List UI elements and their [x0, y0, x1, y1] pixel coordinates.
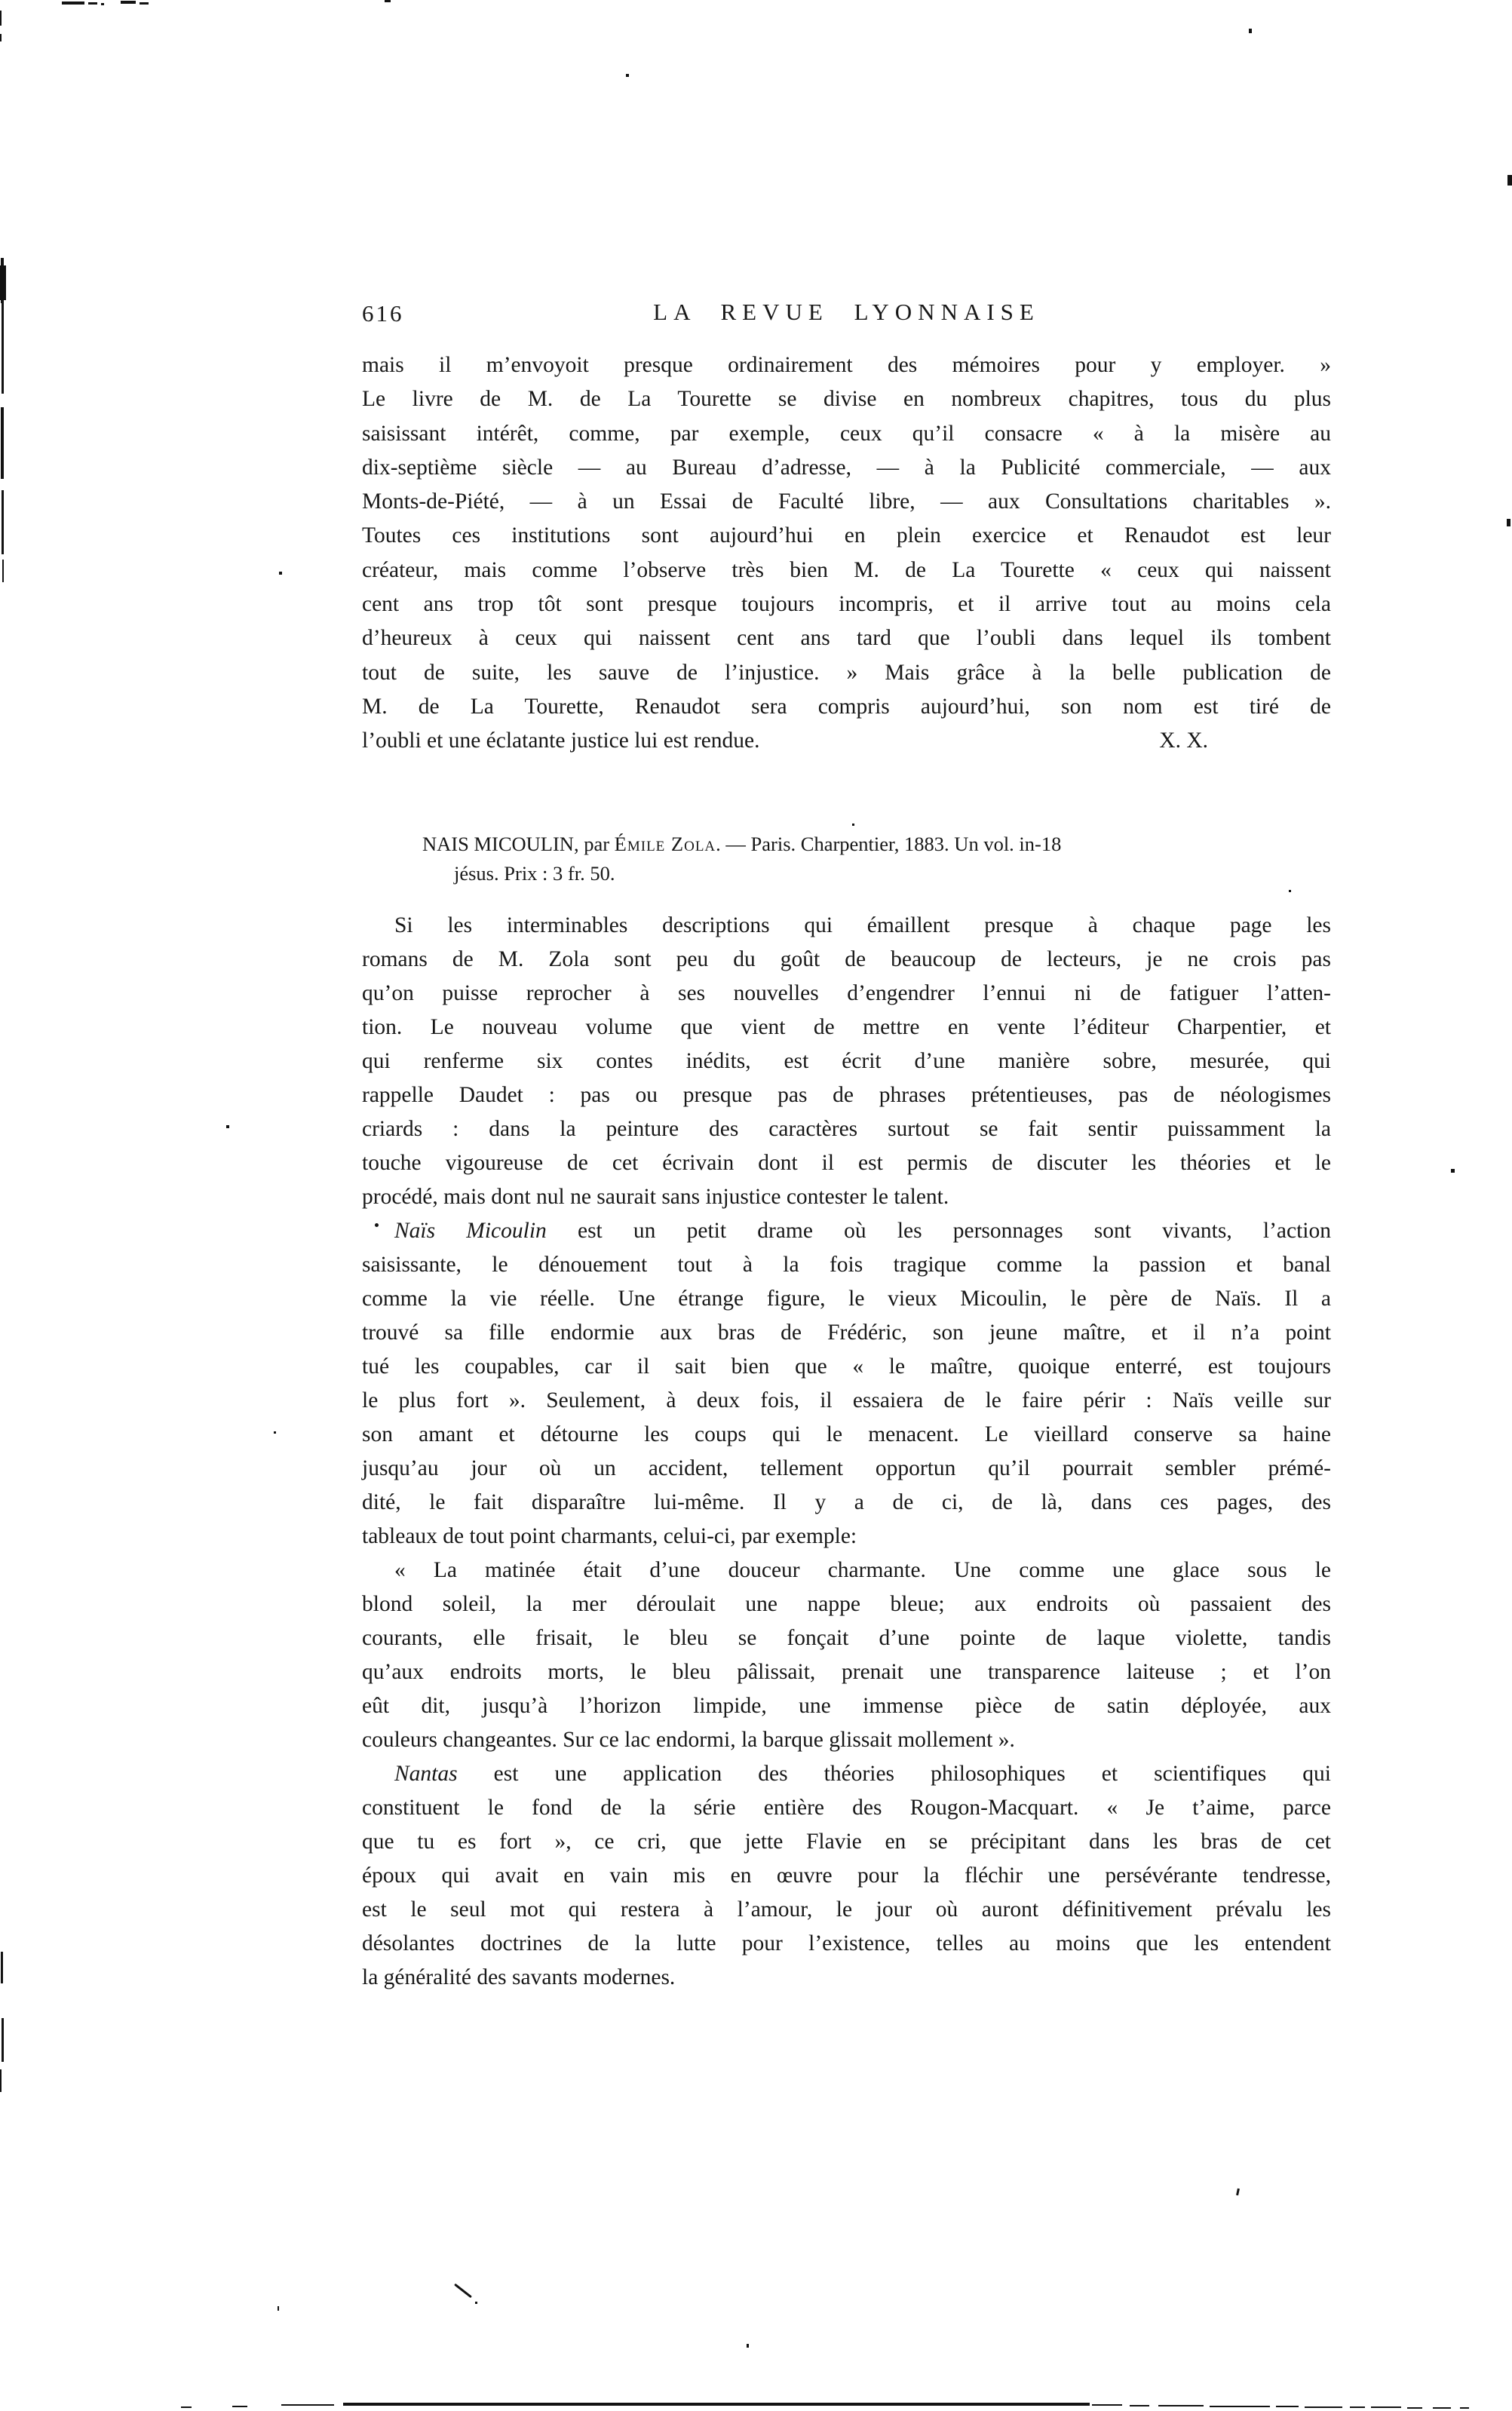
text-line: tion. Le nouveau volume que vient de met…	[362, 1011, 1331, 1044]
page-header: 616 LA REVUE LYONNAISE	[362, 299, 1331, 333]
scan-artifact	[2, 303, 4, 394]
bottom-scan-line	[232, 2406, 247, 2407]
scan-artifact	[2, 490, 4, 554]
text-line: courants, elle frisait, le bleu se fonça…	[362, 1621, 1331, 1655]
text-line: saisissante, le dénouement tout à la foi…	[362, 1248, 1331, 1282]
scan-artifact	[140, 2, 149, 5]
bottom-scan-line	[281, 2404, 334, 2406]
bottom-scan-line	[1371, 2406, 1401, 2408]
ink-speck	[375, 1223, 379, 1227]
review-heading-line2: jésus. Prix : 3 fr. 50.	[362, 859, 1331, 888]
text-line: dix-septième siècle — au Bureau d’adress…	[362, 451, 1331, 485]
text-line: Le livre de M. de La Tourette se divise …	[362, 382, 1331, 416]
book-imprint: . — Paris. Charpentier, 1883. Un vol. in…	[716, 833, 1061, 855]
scan-artifact	[1507, 519, 1510, 526]
text-line: Si les interminables descriptions qui ém…	[362, 909, 1331, 943]
ink-speck	[852, 824, 854, 826]
text-line: eût dit, jusqu’à l’horizon limpide, une …	[362, 1689, 1331, 1723]
text-line: M. de La Tourette, Renaudot sera compris…	[362, 690, 1331, 724]
ink-speck	[1289, 890, 1291, 892]
text-line: touche vigoureuse de cet écrivain dont i…	[362, 1146, 1331, 1180]
text-line: Monts-de-Piété, — à un Essai de Faculté …	[362, 485, 1331, 519]
scan-artifact	[385, 0, 391, 2]
text-line: Naïs Micoulin est un petit drame où les …	[362, 1214, 1331, 1248]
text-line: Toutes ces institutions sont aujourd’hui…	[362, 519, 1331, 553]
text-line: jusqu’au jour où un accident, tellement …	[362, 1452, 1331, 1486]
scan-artifact	[0, 2069, 2, 2092]
scan-artifact	[2, 2018, 4, 2062]
text-line: tué les coupables, car il sait bien que …	[362, 1350, 1331, 1384]
text-line: blond soleil, la mer déroulait une nappe…	[362, 1587, 1331, 1621]
scan-artifact	[1507, 175, 1512, 186]
review-paragraph-3: « La matinée était d’une douceur charman…	[362, 1554, 1331, 1757]
text-line: couleurs changeantes. Sur ce lac endormi…	[362, 1723, 1331, 1757]
scan-artifact	[2, 560, 4, 582]
signature: X. X.	[1159, 724, 1208, 758]
scan-artifact	[1, 407, 4, 479]
book-author: Émile Zola	[615, 833, 716, 855]
text-line: tout de suite, les sauve de l’injustice.…	[362, 656, 1331, 690]
ink-speck	[279, 572, 282, 575]
scan-artifact	[62, 2, 84, 5]
ink-speck	[226, 1125, 229, 1128]
article-closing-line: l’oubli et une éclatante justice lui est…	[362, 724, 1331, 758]
text-line: créateur, mais comme l’observe très bien…	[362, 554, 1331, 587]
italic-title: Naïs Micoulin	[394, 1219, 547, 1243]
ink-speck	[1236, 2189, 1240, 2195]
bottom-scan-line	[1407, 2407, 1422, 2409]
scan-artifact	[0, 265, 6, 300]
article-closing: l’oubli et une éclatante justice lui est…	[362, 724, 1331, 758]
text-line: criards : dans la peinture des caractère…	[362, 1112, 1331, 1146]
ink-speck	[626, 74, 629, 77]
review-paragraph-1: Si les interminables descriptions qui ém…	[362, 909, 1331, 1214]
text-line: la généralité des savants modernes.	[362, 1961, 1331, 1995]
text-line: constituent le fond de la série entière …	[362, 1791, 1331, 1825]
text-line: époux qui avait en vain mis en œuvre pou…	[362, 1859, 1331, 1893]
text-line: son amant et détourne les coups qui le m…	[362, 1418, 1331, 1452]
ink-speck	[747, 2344, 749, 2348]
text-line: qui renferme six contes inédits, est écr…	[362, 1044, 1331, 1078]
scan-artifact	[0, 11, 2, 26]
text-line: dité, le fait disparaître lui-même. Il y…	[362, 1486, 1331, 1520]
text-line: romans de M. Zola sont peu du goût de be…	[362, 943, 1331, 977]
scan-artifact	[121, 1, 136, 4]
text-line: le plus fort ». Seulement, à deux fois, …	[362, 1384, 1331, 1418]
text-line: saisissant intérêt, comme, par exemple, …	[362, 417, 1331, 451]
ink-speck	[475, 2302, 477, 2304]
text-line: mais il m’envoyoit presque ordinairement…	[362, 348, 1331, 382]
scan-artifact	[101, 3, 104, 5]
bottom-scan-line	[1158, 2405, 1204, 2406]
scan-artifact	[1451, 1169, 1455, 1173]
article-end-paragraph: mais il m’envoyoit presque ordinairement…	[362, 348, 1331, 724]
text-line: désolantes doctrines de la lutte pour l’…	[362, 1927, 1331, 1961]
bottom-scan-line	[343, 2403, 1090, 2406]
page-number: 616	[362, 300, 404, 327]
text-line: est le seul mot qui restera à l’amour, l…	[362, 1893, 1331, 1927]
bottom-scan-line	[1130, 2405, 1149, 2406]
review-paragraph-4: Nantas est une application des théories …	[362, 1757, 1331, 1995]
book-title: NAIS MICOULIN, par	[422, 833, 615, 855]
bottom-scan-line	[1276, 2406, 1299, 2407]
text-line: qu’aux endroits morts, le bleu pâlissait…	[362, 1655, 1331, 1689]
review-body: Si les interminables descriptions qui ém…	[362, 909, 1331, 1995]
text-line: comme la vie réelle. Une étrange figure,…	[362, 1282, 1331, 1316]
closing-text: l’oubli et une éclatante justice lui est…	[362, 724, 760, 758]
bottom-scan-line	[1092, 2404, 1122, 2406]
text-line: qu’on puisse reprocher à ses nouvelles d…	[362, 977, 1331, 1011]
bottom-scan-line	[181, 2406, 192, 2408]
bottom-scan-line	[1350, 2406, 1365, 2408]
ink-speck	[454, 2284, 472, 2299]
text-line: procédé, mais dont nul ne saurait sans i…	[362, 1180, 1331, 1214]
text-line: que tu es fort », ce cri, que jette Flav…	[362, 1825, 1331, 1859]
journal-title: LA REVUE LYONNAISE	[362, 299, 1331, 326]
italic-title: Nantas	[394, 1762, 458, 1786]
bottom-scan-line	[1460, 2407, 1469, 2409]
scan-artifact	[88, 2, 97, 5]
text-line: « La matinée était d’une douceur charman…	[362, 1554, 1331, 1587]
review-heading-line1: NAIS MICOULIN, par Émile Zola. — Paris. …	[362, 830, 1331, 859]
scanned-page: 616 LA REVUE LYONNAISE mais il m’envoyoi…	[0, 0, 1512, 2411]
ink-speck	[278, 2306, 279, 2311]
bottom-scan-line	[1305, 2406, 1342, 2408]
ink-speck	[274, 1431, 276, 1434]
scan-artifact	[0, 34, 2, 41]
scan-artifact	[1249, 29, 1252, 33]
review-heading: NAIS MICOULIN, par Émile Zola. — Paris. …	[362, 830, 1331, 888]
text-line: rappelle Daudet : pas ou presque pas de …	[362, 1078, 1331, 1112]
text-line: d’heureux à ceux qui naissent cent ans t…	[362, 621, 1331, 655]
bottom-scan-line	[1433, 2407, 1451, 2409]
text-line: tableaux de tout point charmants, celui-…	[362, 1520, 1331, 1554]
text-line: trouvé sa fille endormie aux bras de Fré…	[362, 1316, 1331, 1350]
text-line: Nantas est une application des théories …	[362, 1757, 1331, 1791]
scan-artifact	[1, 1952, 3, 1983]
text-line: cent ans trop tôt sont presque toujours …	[362, 587, 1331, 621]
review-paragraph-2: Naïs Micoulin est un petit drame où les …	[362, 1214, 1331, 1554]
bottom-scan-line	[1210, 2406, 1270, 2407]
